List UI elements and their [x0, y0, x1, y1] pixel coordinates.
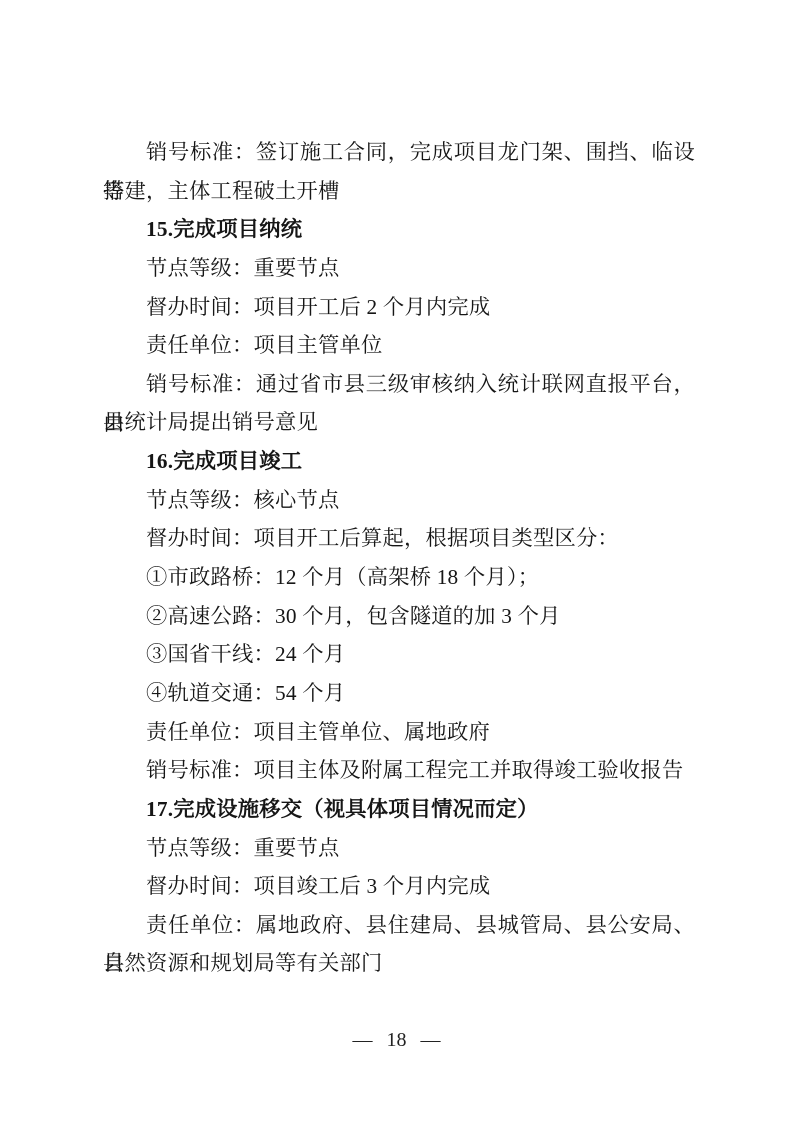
doc-line: 责任单位：属地政府、县住建局、县城管局、县公安局、县	[103, 906, 695, 945]
section-heading-15: 15.完成项目纳统	[103, 210, 695, 249]
doc-line-item-3: ③国省干线：24 个月	[103, 635, 695, 674]
doc-line: 销号标准：签订施工合同，完成项目龙门架、围挡、临设等	[103, 133, 695, 172]
doc-line: 销号标准：项目主体及附属工程完工并取得竣工验收报告	[103, 751, 695, 790]
doc-line-item-1: ①市政路桥：12 个月（高架桥 18 个月）；	[103, 558, 695, 597]
doc-line: 责任单位：项目主管单位	[103, 326, 695, 365]
doc-line: 责任单位：项目主管单位、属地政府	[103, 713, 695, 752]
document-page: 销号标准：签订施工合同，完成项目龙门架、围挡、临设等 搭建，主体工程破土开槽 1…	[0, 0, 793, 1122]
doc-line: 销号标准：通过省市县三级审核纳入统计联网直报平台，由	[103, 365, 695, 404]
doc-line-item-4: ④轨道交通：54 个月	[103, 674, 695, 713]
doc-line: 督办时间：项目竣工后 3 个月内完成	[103, 867, 695, 906]
section-heading-17: 17.完成设施移交（视具体项目情况而定）	[103, 790, 695, 829]
doc-line: 督办时间：项目开工后算起，根据项目类型区分：	[103, 519, 695, 558]
doc-line: 节点等级：重要节点	[103, 829, 695, 868]
document-body: 销号标准：签订施工合同，完成项目龙门架、围挡、临设等 搭建，主体工程破土开槽 1…	[103, 133, 695, 983]
doc-line-item-2: ②高速公路：30 个月，包含隧道的加 3 个月	[103, 597, 695, 636]
doc-line: 县统计局提出销号意见	[103, 403, 695, 442]
page-number: — 18 —	[0, 1025, 793, 1055]
doc-line: 督办时间：项目开工后 2 个月内完成	[103, 288, 695, 327]
doc-line: 节点等级：核心节点	[103, 481, 695, 520]
doc-line: 搭建，主体工程破土开槽	[103, 172, 695, 211]
section-heading-16: 16.完成项目竣工	[103, 442, 695, 481]
doc-line: 自然资源和规划局等有关部门	[103, 944, 695, 983]
doc-line: 节点等级：重要节点	[103, 249, 695, 288]
